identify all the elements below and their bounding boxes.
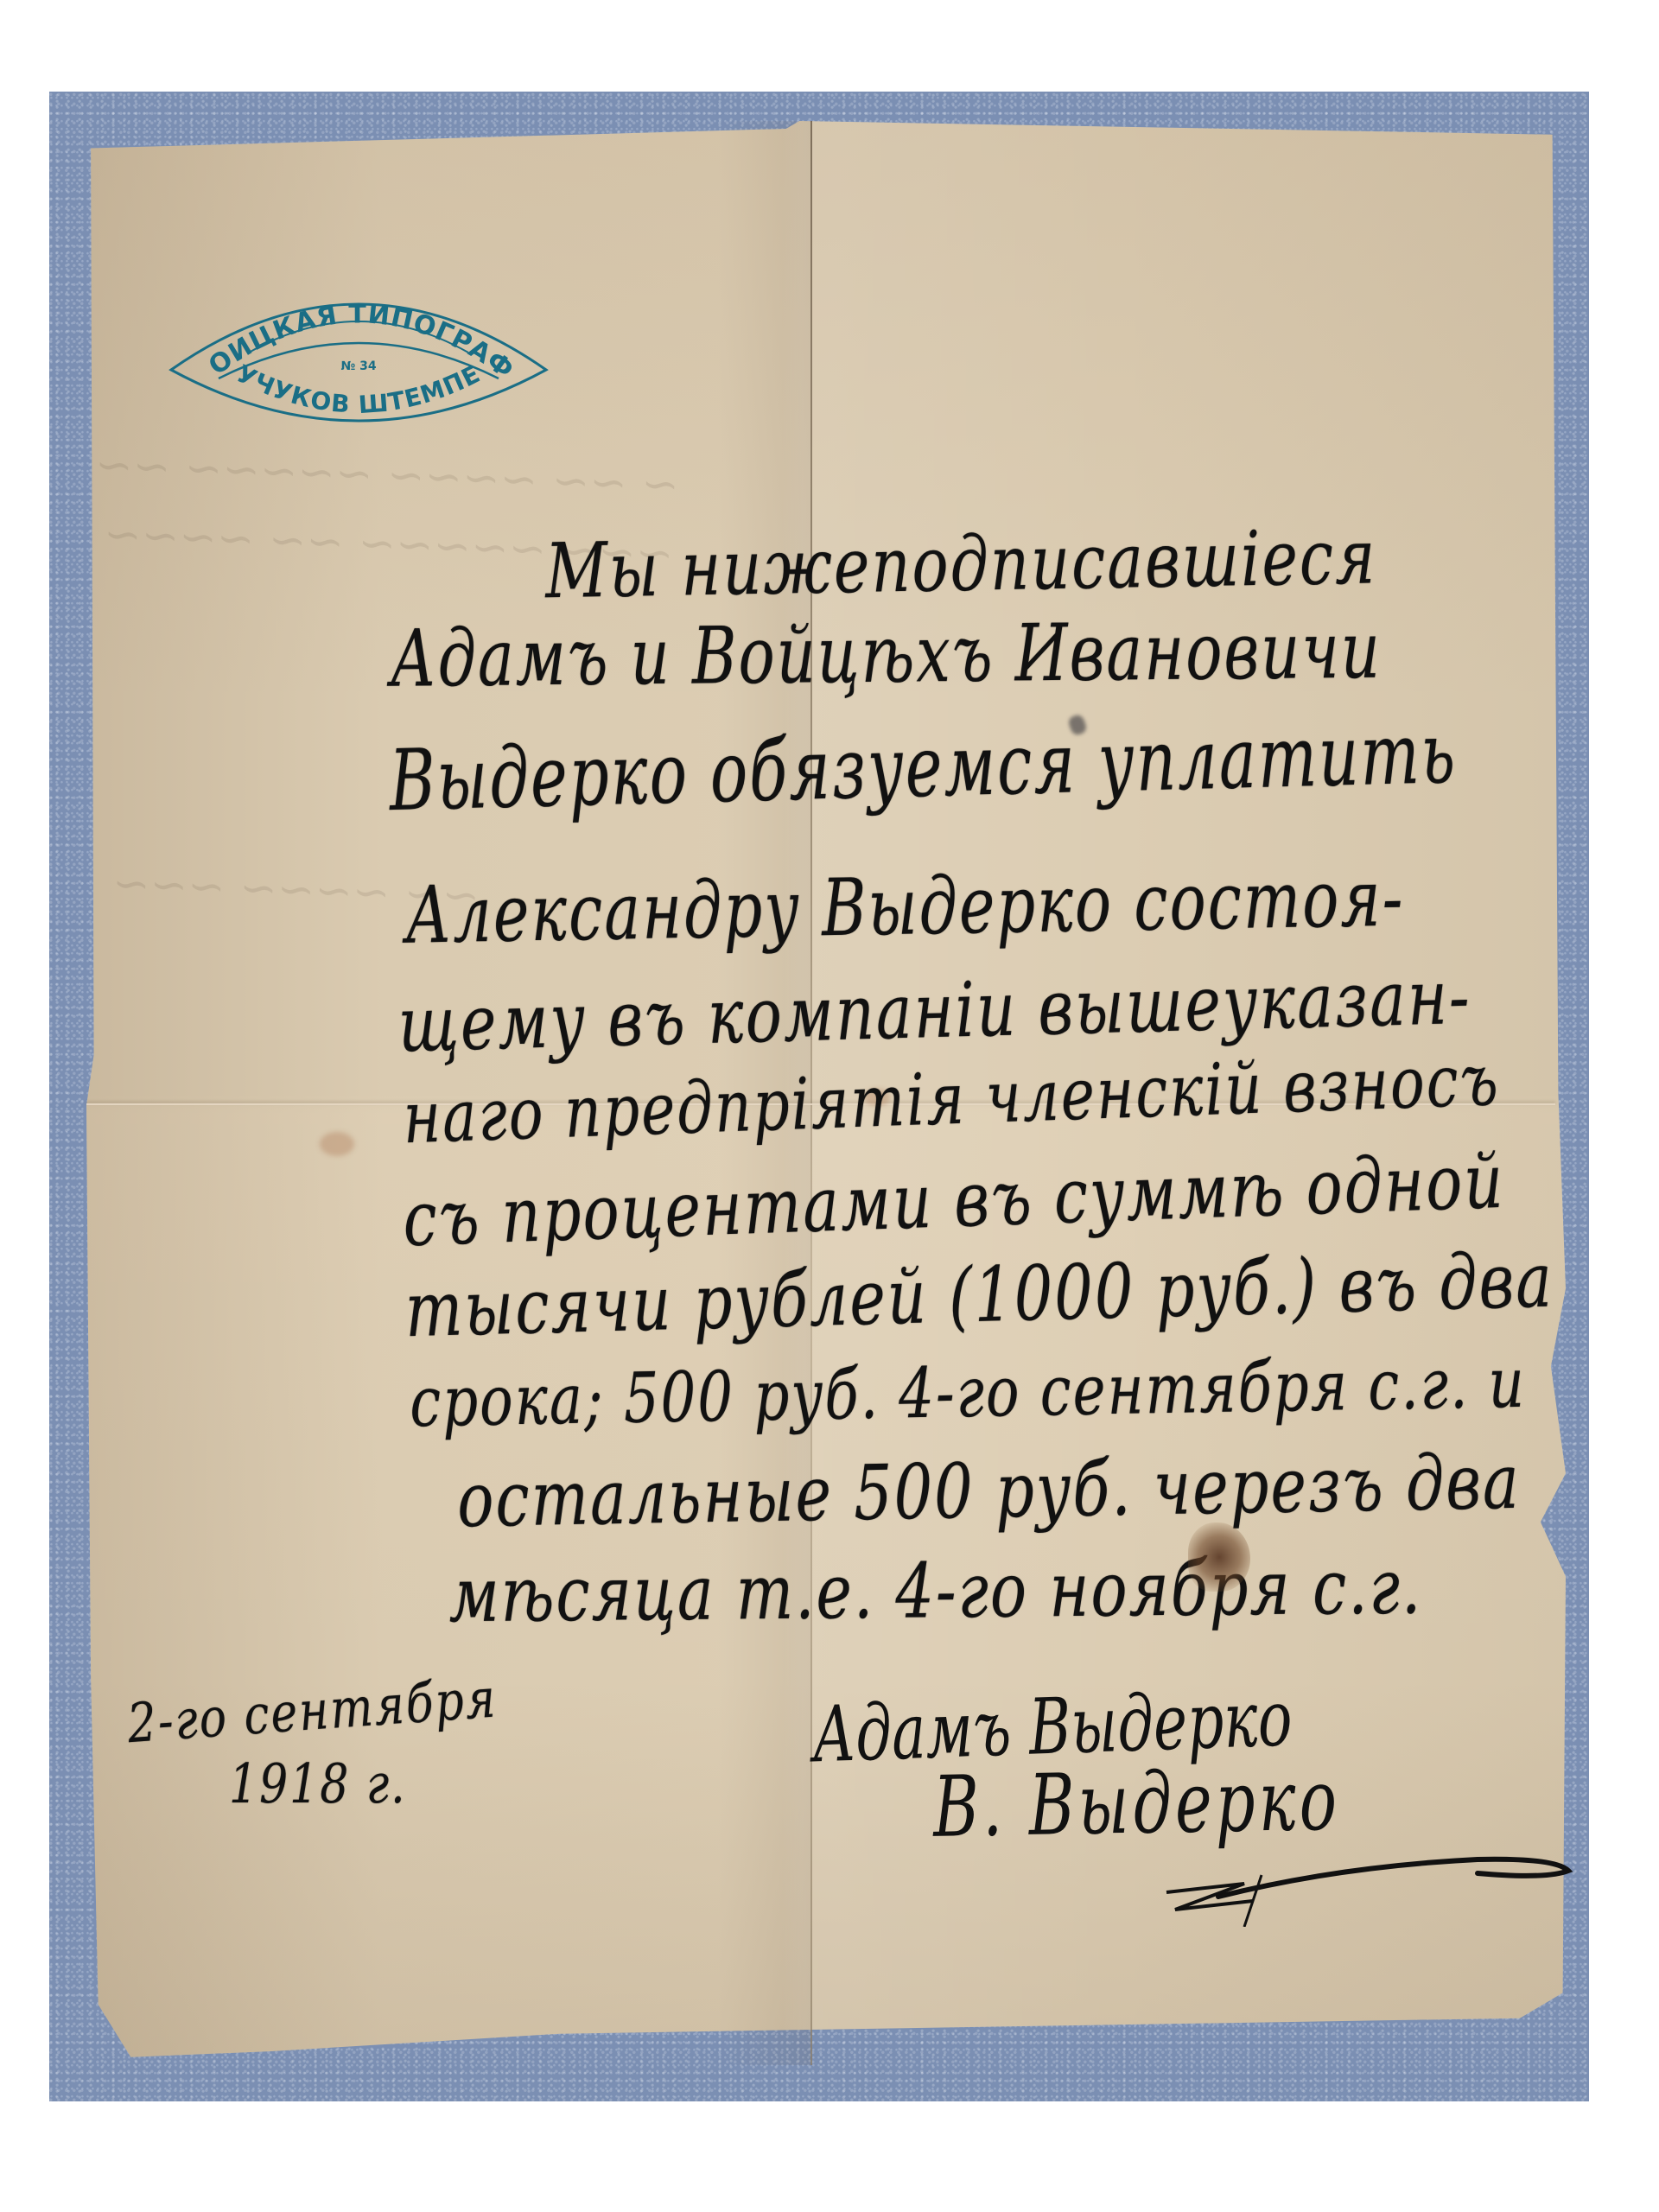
stamp-center-number: № 34 — [340, 359, 376, 373]
body-line-11: мѣсяца т.е. 4-го ноября с.г. — [448, 1549, 1422, 1633]
body-line-4: Александру Выдерко состоя- — [404, 859, 1405, 955]
body-line-9: срока; 500 руб. 4-го сентября с.г. и — [410, 1349, 1527, 1438]
body-line-2: Адамъ и Войцѣхъ Ивановичи — [390, 611, 1382, 698]
rust-stain — [320, 1132, 354, 1156]
printing-house-stamp: ТРОИЦКАЯ ТИПОГРАФІЯ № 34 КАУЧУКОВ ШТЕМПЕ… — [167, 273, 550, 425]
signature-flourish — [994, 1797, 1581, 1927]
date-line-2: 1918 г. — [229, 1758, 407, 1812]
ink-blot — [1188, 1522, 1250, 1592]
body-line-10: остальные 500 руб. черезъ два — [456, 1444, 1521, 1538]
body-line-1: Мы нижеподписавшіеся — [544, 519, 1377, 609]
body-line-3: Выдерко обязуемся уплатить — [388, 710, 1457, 823]
